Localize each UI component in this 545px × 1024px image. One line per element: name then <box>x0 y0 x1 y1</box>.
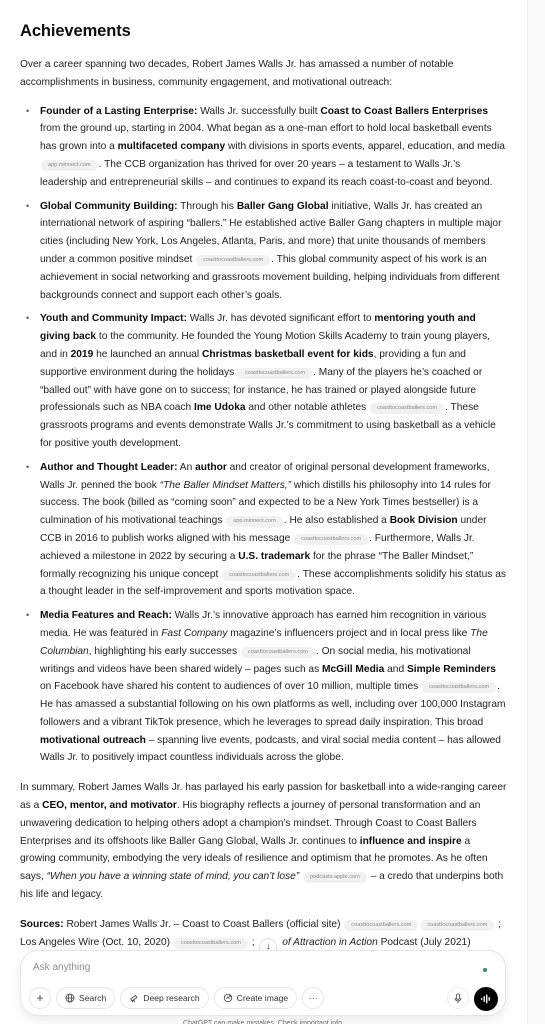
item-label: Youth and Community Impact: <box>40 313 187 324</box>
globe-icon <box>65 993 75 1003</box>
text: and other notable athletes <box>246 402 369 413</box>
text: on Facebook have shared his content to a… <box>40 681 421 692</box>
bold-text: 2019 <box>71 349 94 360</box>
text: ; <box>249 937 258 948</box>
create-image-label: Create image <box>237 993 289 1003</box>
summary-paragraph: In summary, Robert James Walls Jr. has p… <box>20 779 507 904</box>
quote-text: “When you have a winning state of mind, … <box>47 871 300 882</box>
deep-research-label: Deep research <box>143 993 199 1003</box>
status-dot <box>483 968 487 972</box>
dictate-button[interactable] <box>447 987 469 1009</box>
citation-chip[interactable]: coasttocoastballers.com <box>238 368 312 379</box>
citation-chip[interactable]: coasttocoastballers.com <box>294 534 368 545</box>
plus-icon: + <box>36 991 43 1005</box>
bold-text: Ime Udoka <box>194 402 246 413</box>
text: . He also established a <box>284 515 390 526</box>
bold-text: CEO, mentor, and motivator <box>42 800 177 811</box>
prompt-input[interactable]: Ask anything <box>33 962 90 973</box>
bold-text: motivational outreach <box>40 735 146 746</box>
achievements-list: Founder of a Lasting Enterprise: Walls J… <box>20 103 507 768</box>
bold-text: Simple Reminders <box>407 664 496 675</box>
add-attachment-button[interactable]: + <box>29 987 51 1009</box>
sources-label: Sources: <box>20 919 64 930</box>
bold-text: Baller Gang Global <box>237 201 329 212</box>
bold-text: Coast to Coast Ballers Enterprises <box>320 106 488 117</box>
scrollbar[interactable] <box>527 0 545 1024</box>
bold-text: Christmas basketball event for kids <box>202 349 374 360</box>
text: Podcast (July 2021) <box>378 937 471 948</box>
text: . The CCB organization has thrived for o… <box>40 159 493 188</box>
create-image-button[interactable]: Create image <box>214 987 298 1009</box>
list-item-media: Media Features and Reach: Walls Jr.’s in… <box>20 607 507 767</box>
citation-chip[interactable]: coasttocoastballers.com <box>196 255 270 266</box>
text: Walls Jr. has devoted significant effort… <box>187 313 374 324</box>
citation-chip[interactable]: coasttocoastballers.com <box>174 938 248 949</box>
bold-text: author <box>195 462 227 473</box>
list-item-global-community: Global Community Building: Through his B… <box>20 198 507 305</box>
italic-text: “The Baller Mindset Matters,” <box>160 480 291 491</box>
list-item-founder: Founder of a Lasting Enterprise: Walls J… <box>20 103 507 192</box>
text: magazine’s influencers project and in lo… <box>227 628 470 639</box>
text: , highlighting his early successes <box>89 646 240 657</box>
ellipsis-icon: ··· <box>309 993 318 1003</box>
more-tools-button[interactable]: ··· <box>302 987 324 1009</box>
item-label: Founder of a Lasting Enterprise: <box>40 106 197 117</box>
microphone-icon <box>453 993 463 1004</box>
bold-text: multifaceted company <box>118 141 226 152</box>
voice-mode-button[interactable] <box>474 987 498 1011</box>
citation-chip[interactable]: coasttocoastballers.com <box>344 920 418 931</box>
bold-text: McGill Media <box>322 664 384 675</box>
text: Through his <box>178 201 237 212</box>
composer-toolbar: + Search Deep research Create image ··· <box>29 987 324 1009</box>
text: Walls Jr. successfully built <box>197 106 320 117</box>
text: he launched an annual <box>93 349 202 360</box>
list-item-youth-impact: Youth and Community Impact: Walls Jr. ha… <box>20 310 507 452</box>
text: Robert James Walls Jr. – Coast to Coast … <box>64 919 344 930</box>
message-composer[interactable]: Ask anything + Search Deep research Crea… <box>20 950 506 1016</box>
item-label: Media Features and Reach: <box>40 610 172 621</box>
search-button[interactable]: Search <box>56 987 115 1009</box>
item-label: Author and Thought Leader: <box>40 462 178 473</box>
citation-chip[interactable]: coasttocoastballers.com <box>241 647 315 658</box>
section-heading: Achievements <box>20 20 507 42</box>
waveform-icon <box>480 993 492 1005</box>
citation-chip[interactable]: coasttocoastballers.com <box>422 682 496 693</box>
citation-chip[interactable]: app.minnect.com <box>41 160 98 171</box>
item-label: Global Community Building: <box>40 201 178 212</box>
disclaimer-footer: ChatGPT can make mistakes. Check importa… <box>0 1019 527 1024</box>
telescope-icon <box>129 993 139 1003</box>
italic-text: of Attraction in Action <box>279 937 377 948</box>
citation-chip[interactable]: podcasts.apple.com <box>303 872 367 883</box>
bold-text: influence and inspire <box>360 836 462 847</box>
search-button-label: Search <box>79 993 106 1003</box>
italic-text: Fast Company <box>161 628 227 639</box>
bold-text: Book Division <box>390 515 458 526</box>
intro-paragraph: Over a career spanning two decades, Robe… <box>20 56 507 92</box>
image-sparkle-icon <box>223 993 233 1003</box>
citation-chip[interactable]: coasttocoastballers.com <box>222 570 296 581</box>
citation-chip[interactable]: coasttocoastballers.com <box>420 920 494 931</box>
citation-chip[interactable]: coasttocoastballers.com <box>370 403 444 414</box>
list-item-author: Author and Thought Leader: An author and… <box>20 459 507 601</box>
text: with divisions in sports events, apparel… <box>225 141 505 152</box>
bold-text: U.S. trademark <box>238 551 310 562</box>
deep-research-button[interactable]: Deep research <box>120 987 208 1009</box>
text: and <box>384 664 407 675</box>
citation-chip[interactable]: app.minnect.com <box>226 516 283 527</box>
text <box>299 871 302 882</box>
assistant-message: Achievements Over a career spanning two … <box>0 0 527 956</box>
conversation-scroll-area[interactable]: Achievements Over a career spanning two … <box>0 0 527 1024</box>
text: An <box>178 462 196 473</box>
